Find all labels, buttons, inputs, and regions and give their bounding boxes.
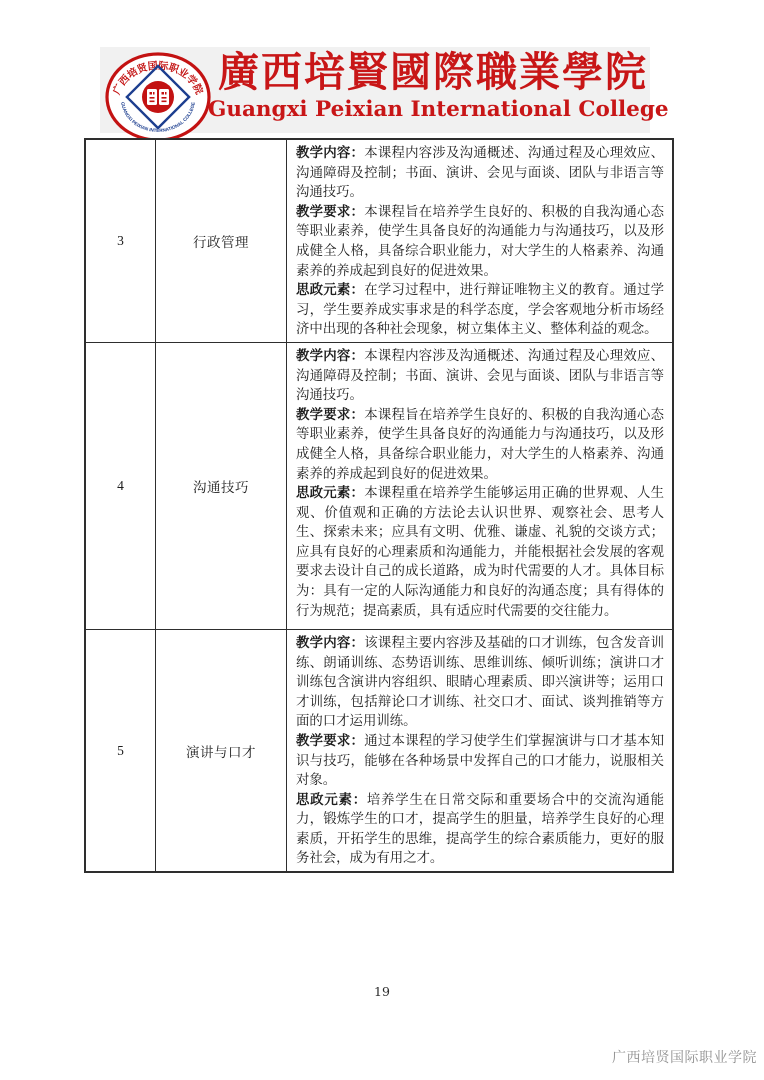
course-name-cell: 沟通技巧 bbox=[156, 343, 287, 629]
section-ideology-element: 思政元素：培养学生在日常交际和重要场合中的交流沟通能力，锻炼学生的口才，提高学生… bbox=[296, 790, 664, 868]
logo-center-disc bbox=[142, 81, 174, 113]
section-text: 本课程重在培养学生能够运用正确的世界观、人生观、价值观和正确的方法论去认识世界、… bbox=[296, 485, 664, 618]
table-row: 4 沟通技巧 教学内容：本课程内容涉及沟通概述、沟通过程及心理效应、沟通障碍及控… bbox=[86, 343, 672, 630]
section-ideology-element: 思政元素：本课程重在培养学生能够运用正确的世界观、人生观、价值观和正确的方法论去… bbox=[296, 483, 664, 620]
section-teaching-requirement: 教学要求：通过本课程的学习使学生们掌握演讲与口才基本知识与技巧，能够在各种场景中… bbox=[296, 731, 664, 790]
section-label: 教学要求： bbox=[296, 204, 364, 219]
section-label: 教学内容： bbox=[296, 635, 364, 650]
table-row: 3 行政管理 教学内容：本课程内容涉及沟通概述、沟通过程及心理效应、沟通障碍及控… bbox=[86, 140, 672, 343]
course-name-cell: 行政管理 bbox=[156, 140, 287, 342]
college-name-english: Guangxi Peixian International College bbox=[208, 97, 658, 122]
section-label: 思政元素： bbox=[296, 282, 364, 297]
header-titles: 廣西培賢國際職業學院 Guangxi Peixian International… bbox=[208, 50, 658, 122]
table-row: 5 演讲与口才 教学内容：该课程主要内容涉及基础的口才训练，包含发音训练、朗诵训… bbox=[86, 630, 672, 871]
row-number-cell: 4 bbox=[86, 343, 156, 629]
section-teaching-requirement: 教学要求：本课程旨在培养学生良好的、积极的自我沟通心态等职业素养，使学生具备良好… bbox=[296, 405, 664, 483]
course-detail-cell: 教学内容：本课程内容涉及沟通概述、沟通过程及心理效应、沟通障碍及控制；书面、演讲… bbox=[287, 343, 672, 629]
course-detail-cell: 教学内容：该课程主要内容涉及基础的口才训练，包含发音训练、朗诵训练、态势语训练、… bbox=[287, 630, 672, 871]
page-number: 19 bbox=[0, 984, 764, 999]
college-seal-logo: 广西培贤国际职业学院 GUANGXI PEIXIAN INTERNATIONAL… bbox=[105, 52, 211, 142]
footer-watermark: 广西培贤国际职业学院 bbox=[612, 1047, 757, 1067]
row-number-cell: 3 bbox=[86, 140, 156, 342]
section-ideology-element: 思政元素：在学习过程中，进行辩证唯物主义的教育。通过学习，学生要养成实事求是的科… bbox=[296, 280, 664, 339]
section-teaching-requirement: 教学要求：本课程旨在培养学生良好的、积极的自我沟通心态等职业素养，使学生具备良好… bbox=[296, 202, 664, 280]
section-teaching-content: 教学内容：本课程内容涉及沟通概述、沟通过程及心理效应、沟通障碍及控制；书面、演讲… bbox=[296, 143, 664, 202]
section-label: 教学内容： bbox=[296, 348, 364, 363]
course-detail-cell: 教学内容：本课程内容涉及沟通概述、沟通过程及心理效应、沟通障碍及控制；书面、演讲… bbox=[287, 140, 672, 342]
college-seal-icon: 广西培贤国际职业学院 GUANGXI PEIXIAN INTERNATIONAL… bbox=[105, 52, 211, 142]
section-label: 思政元素： bbox=[296, 792, 367, 807]
course-table: 3 行政管理 教学内容：本课程内容涉及沟通概述、沟通过程及心理效应、沟通障碍及控… bbox=[84, 138, 674, 873]
section-teaching-content: 教学内容：本课程内容涉及沟通概述、沟通过程及心理效应、沟通障碍及控制；书面、演讲… bbox=[296, 346, 664, 405]
section-teaching-content: 教学内容：该课程主要内容涉及基础的口才训练，包含发音训练、朗诵训练、态势语训练、… bbox=[296, 633, 664, 731]
row-number-cell: 5 bbox=[86, 630, 156, 871]
course-name-cell: 演讲与口才 bbox=[156, 630, 287, 871]
section-label: 思政元素： bbox=[296, 485, 364, 500]
section-label: 教学内容： bbox=[296, 145, 364, 160]
section-label: 教学要求： bbox=[296, 733, 364, 748]
section-label: 教学要求： bbox=[296, 407, 364, 422]
college-name-chinese: 廣西培賢國際職業學院 bbox=[208, 50, 658, 96]
